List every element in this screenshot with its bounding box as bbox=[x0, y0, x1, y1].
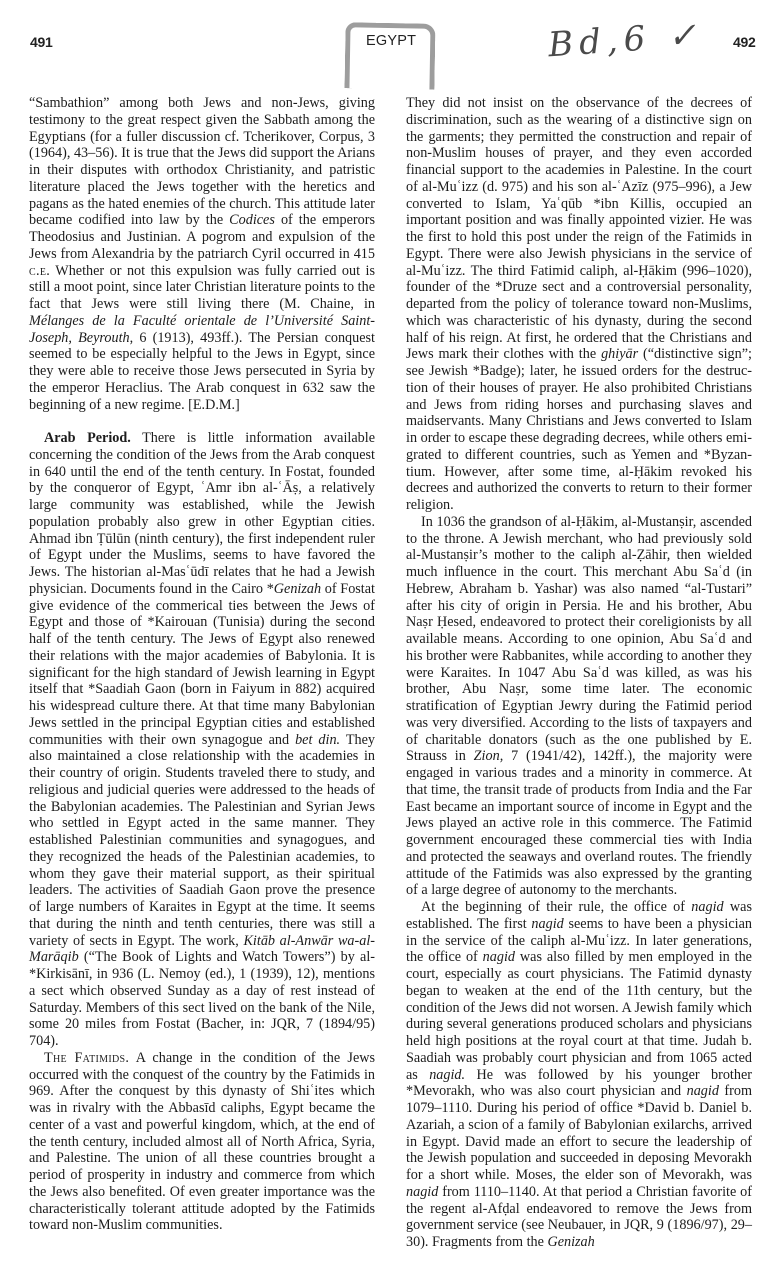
paragraph-arab-period: Arab Period. There is little information… bbox=[29, 430, 375, 1050]
section-heading-fatimids: The Fatimids. bbox=[44, 1050, 129, 1066]
page-number-left: 491 bbox=[30, 34, 52, 50]
left-column: “Sambathion” among both Jews and non-Jew… bbox=[29, 95, 375, 1234]
paragraph-mustansir: In 1036 the grandson of al-Ḥākim, al-Mus… bbox=[406, 514, 752, 899]
paragraph-nagid: At the beginning of their rule, the offi… bbox=[406, 899, 752, 1251]
page-number-right: 492 bbox=[733, 34, 755, 50]
right-column: They did not insist on the observance of… bbox=[406, 95, 752, 1251]
running-head-title: EGYPT bbox=[366, 33, 416, 49]
section-heading-arab-period: Arab Period. bbox=[44, 430, 131, 446]
paragraph-fatimids: The Fatimids. A change in the condition … bbox=[29, 1050, 375, 1234]
paragraph-persian-period: “Sambathion” among both Jews and non-Jew… bbox=[29, 95, 375, 413]
paragraph-fatimid-tolerance: They did not insist on the observance of… bbox=[406, 95, 752, 514]
handwritten-annotation: Bd,6 ✓ bbox=[547, 15, 704, 66]
